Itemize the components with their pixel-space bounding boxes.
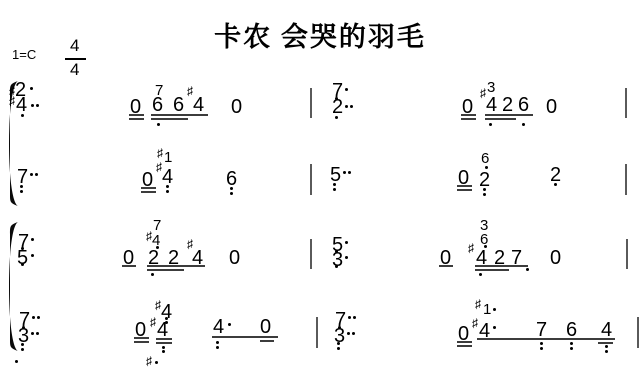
rest-zero: 0 xyxy=(260,317,271,337)
beam-line xyxy=(598,342,613,344)
page-title: 卡农 会哭的羽毛 xyxy=(0,15,640,54)
note-dot xyxy=(483,188,486,191)
beam-line xyxy=(141,191,156,193)
note-digit: 6 xyxy=(226,169,237,189)
note-dot xyxy=(345,241,348,244)
beam-line xyxy=(122,265,136,267)
note-dot xyxy=(166,190,169,193)
beam-line xyxy=(147,269,184,271)
note-dot xyxy=(522,123,525,126)
note-digit: 6 xyxy=(152,95,163,115)
beam-line xyxy=(457,185,472,187)
note-digit: 6 xyxy=(173,95,184,115)
accidental-sharp: ♯ xyxy=(150,316,156,328)
note-dot xyxy=(157,123,160,126)
note-dot xyxy=(21,263,24,266)
beam-line xyxy=(461,118,476,120)
note-dot xyxy=(15,360,18,363)
beam-line xyxy=(457,345,472,347)
note-digit: 2 xyxy=(502,95,513,115)
note-dot xyxy=(479,273,482,276)
barline xyxy=(637,317,639,348)
barline xyxy=(310,239,312,269)
note-digit: 3 xyxy=(487,80,495,95)
beam-line xyxy=(457,341,472,343)
note-dot xyxy=(353,316,356,319)
system-bracket-2 xyxy=(3,221,19,357)
note-dot xyxy=(343,171,346,174)
note-dot xyxy=(333,183,336,186)
note-dot xyxy=(605,350,608,353)
key-signature: 1=C xyxy=(12,47,36,62)
note-dot xyxy=(216,346,219,349)
rest-zero: 0 xyxy=(550,248,561,268)
note-digit: 1 xyxy=(164,150,172,165)
note-digit: 7 xyxy=(17,167,28,187)
note-dot xyxy=(30,173,33,176)
note-digit: 4 xyxy=(16,95,27,115)
note-dot xyxy=(166,185,169,188)
note-dot xyxy=(345,256,348,259)
note-dot xyxy=(21,114,24,117)
beam-line xyxy=(134,341,149,343)
note-dot xyxy=(493,326,496,329)
note-dot xyxy=(31,238,34,241)
note-dot xyxy=(483,193,486,196)
beam-line xyxy=(151,118,188,120)
note-dot xyxy=(540,342,543,345)
beam-line xyxy=(475,269,509,271)
note-dot xyxy=(333,188,336,191)
note-digit: 4 xyxy=(193,95,204,115)
accidental-sharp: ♯ xyxy=(157,147,163,159)
note-dot xyxy=(540,347,543,350)
note-digit: 2 xyxy=(479,170,490,190)
rest-zero: 0 xyxy=(231,97,242,117)
beam-line xyxy=(141,187,156,189)
accidental-sharp: ♯ xyxy=(146,355,152,367)
note-digit: 4 xyxy=(157,320,168,340)
note-dot xyxy=(554,183,557,186)
note-digit: 4 xyxy=(486,95,497,115)
note-dot xyxy=(37,316,40,319)
note-digit: 6 xyxy=(566,320,577,340)
note-digit: 5 xyxy=(330,165,341,185)
note-dot xyxy=(348,316,351,319)
barline xyxy=(625,88,627,118)
note-dot xyxy=(162,350,165,353)
note-dot xyxy=(493,308,496,311)
note-dot xyxy=(36,332,39,335)
note-dot xyxy=(21,343,24,346)
note-dot xyxy=(605,345,608,348)
time-signature-denominator: 4 xyxy=(70,61,79,78)
note-dot xyxy=(35,173,38,176)
beam-line xyxy=(260,340,274,342)
beam-line xyxy=(439,265,453,267)
note-dot xyxy=(337,342,340,345)
note-dot xyxy=(31,104,34,107)
barline xyxy=(625,164,627,195)
note-digit: 1 xyxy=(483,302,491,317)
note-dot xyxy=(20,190,23,193)
note-dot xyxy=(350,105,353,108)
accidental-sharp: ♯ xyxy=(468,242,474,254)
beam-line xyxy=(477,338,615,340)
time-signature-numerator: 4 xyxy=(70,37,79,54)
beam-line xyxy=(485,118,516,120)
note-dot xyxy=(228,323,231,326)
note-dot xyxy=(348,171,351,174)
note-dot xyxy=(216,341,219,344)
note-dot xyxy=(230,192,233,195)
beam-line xyxy=(156,342,172,344)
barline xyxy=(626,239,628,269)
beam-line xyxy=(147,265,205,267)
note-dot xyxy=(335,265,338,268)
note-dot xyxy=(526,268,529,271)
note-digit: 7 xyxy=(536,320,547,340)
note-digit: 2 xyxy=(332,97,343,117)
note-digit: 4 xyxy=(601,320,612,340)
rest-zero: 0 xyxy=(546,97,557,117)
note-digit: 4 xyxy=(213,317,224,337)
beam-line xyxy=(461,114,476,116)
note-dot xyxy=(31,254,34,257)
note-dot xyxy=(32,316,35,319)
accidental-sharp: ♯ xyxy=(472,317,478,329)
note-dot xyxy=(570,342,573,345)
note-dot xyxy=(352,332,355,335)
barline xyxy=(310,164,312,195)
accidental-sharp: ♯ xyxy=(9,95,15,107)
beam-line xyxy=(134,337,149,339)
note-dot xyxy=(345,88,348,91)
note-digit: 6 xyxy=(481,151,489,166)
beam-line xyxy=(156,338,172,340)
barline xyxy=(316,317,318,348)
note-dot xyxy=(489,123,492,126)
beam-line xyxy=(151,114,208,116)
beam-line xyxy=(457,189,472,191)
note-dot xyxy=(155,361,158,364)
note-digit: 6 xyxy=(518,95,529,115)
beam-line xyxy=(475,265,528,267)
note-dot xyxy=(570,347,573,350)
note-dot xyxy=(20,185,23,188)
barline xyxy=(310,88,312,118)
beam-line xyxy=(129,118,144,120)
note-dot xyxy=(347,332,350,335)
accidental-sharp: ♯ xyxy=(475,298,481,310)
note-dot xyxy=(345,105,348,108)
note-dot xyxy=(151,273,154,276)
score-page: 卡农 会哭的羽毛 1=C 4 4 ♯2♯40766♯407203♯426070♯… xyxy=(0,0,640,367)
note-dot xyxy=(21,348,24,351)
note-dot xyxy=(230,187,233,190)
note-dot xyxy=(30,87,33,90)
note-digit: 7 xyxy=(153,218,161,233)
note-digit: 4 xyxy=(162,167,173,187)
note-dot xyxy=(162,346,165,349)
note-digit: 2 xyxy=(550,165,561,185)
rest-zero: 0 xyxy=(229,248,240,268)
note-dot xyxy=(335,116,338,119)
beam-line xyxy=(485,114,533,116)
note-dot xyxy=(31,332,34,335)
note-dot xyxy=(337,347,340,350)
beam-line xyxy=(129,114,144,116)
note-dot xyxy=(36,104,39,107)
